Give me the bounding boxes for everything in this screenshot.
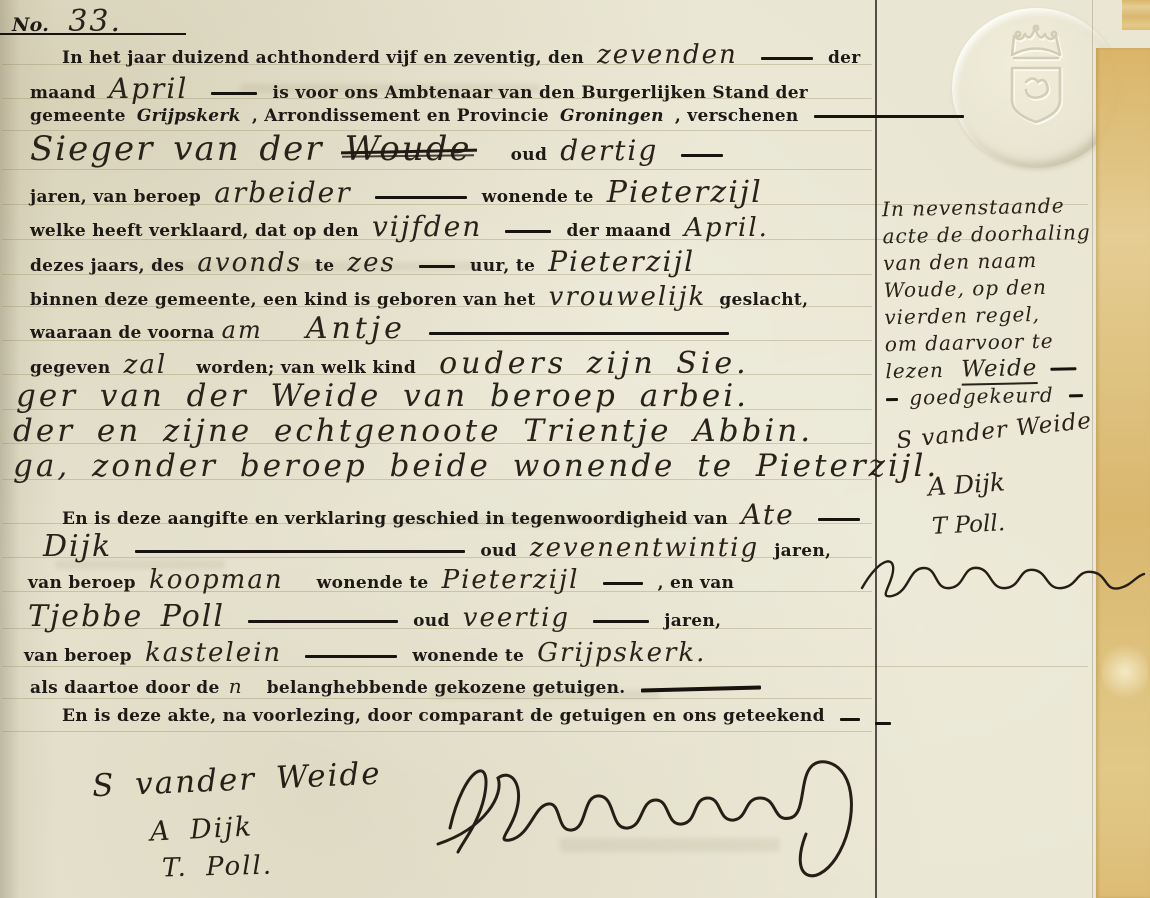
crown-lion-shield-icon <box>952 8 1120 168</box>
margin-annotation: In nevenstaande acte de doorhaling van d… <box>882 192 1098 412</box>
act-line-10: gegeven zal worden; van welk kind ouders… <box>30 348 758 380</box>
handwritten-parents-start: ouders zijn Sie. <box>439 346 750 381</box>
handwritten-witness1-firstname: Ate <box>741 498 795 531</box>
printed-text: worden; van welk kind <box>196 358 416 378</box>
handwritten-parents-residence: ga, zonder beroep beide wonende te Piete… <box>13 448 939 484</box>
act-line-17: Tjebbe Poll oud veertig jaren, <box>20 601 721 633</box>
filler-dash <box>135 550 465 554</box>
printed-text: oud <box>511 145 548 165</box>
printed-text: te <box>315 256 334 276</box>
printed-text: wonende te <box>482 187 594 207</box>
handwritten-name-struck: Woude <box>345 129 472 169</box>
filler-dash <box>429 332 729 336</box>
registrar-signature <box>428 728 888 893</box>
handwritten-declarant-name: Sieger van der <box>30 129 324 169</box>
printed-text: belanghebbende gekozene getuigen. <box>267 678 626 698</box>
filler-dash <box>211 92 257 95</box>
printed-text: binnen deze gemeente, een kind is gebore… <box>30 290 536 310</box>
margin-registrar-flourish-icon <box>856 546 1148 606</box>
printed-text: oud <box>480 541 517 561</box>
printed-text: der <box>828 48 861 68</box>
handwritten-residence: Pieterzijl <box>607 175 763 210</box>
act-line-11: ger van der Weide van beroep arbei. <box>8 380 757 413</box>
act-line-16: van beroep koopman wonende te Pieterzijl… <box>28 567 734 594</box>
repair-tape-corner <box>1122 0 1150 30</box>
printed-text: , verschenen <box>675 106 799 126</box>
handwritten-letter: n <box>229 674 244 698</box>
filler-dash <box>886 398 898 401</box>
page-edge-line <box>1092 0 1093 898</box>
handwritten-hour: zes <box>347 248 395 278</box>
printed-text: waaraan de voorna <box>30 323 215 343</box>
birth-certificate-scan: No. 33. In het jaar duizend achthonderd … <box>0 0 1150 898</box>
margin-signature-witness1: A Dijk <box>927 467 1006 501</box>
act-line-3: gemeente Grijpskerk , Arrondissement en … <box>30 108 974 126</box>
printed-text: wonende te <box>412 646 524 666</box>
act-line-5: jaren, van beroep arbeider wonende te Pi… <box>30 177 771 209</box>
printed-text: , Arrondissement en Provincie <box>252 106 549 126</box>
handwritten-parents-continued: ger van der Weide van beroep arbei. <box>16 378 749 414</box>
margin-approval: goedgekeurd <box>909 383 1054 410</box>
handwritten-witness1-surname: Dijk <box>43 529 112 564</box>
printed-province: Groningen <box>560 106 664 126</box>
handwritten-occupation: arbeider <box>214 176 351 209</box>
filler-dash <box>818 518 860 521</box>
handwritten-mother-name: der en zijne echtgenoote Trientje Abbin. <box>13 413 813 449</box>
filler-dash <box>641 685 761 692</box>
margin-signature-witness2: T Poll. <box>931 510 1005 540</box>
printed-text: dezes jaars, des <box>30 256 184 276</box>
embossed-seal <box>952 8 1120 168</box>
handwritten-witness2-residence: Grijpskerk. <box>537 638 706 668</box>
handwritten-witness2-occupation: kastelein <box>145 638 282 668</box>
registrar-signature-flourish-icon <box>428 728 888 893</box>
printed-text: gegeven <box>30 358 111 378</box>
printed-text: oud <box>413 611 450 631</box>
printed-text: jaren, <box>664 611 721 631</box>
handwritten-sex: vrouwelijk <box>549 282 707 312</box>
handwritten-daypart: avonds <box>197 248 302 278</box>
act-line-20: En is deze akte, na voorlezing, door com… <box>62 708 901 726</box>
handwritten-day: zevenden <box>597 40 738 70</box>
act-line-2: maand April is voor ons Ambtenaar van de… <box>30 74 808 103</box>
filler-dash <box>375 196 467 199</box>
act-number-underline <box>0 33 186 35</box>
act-line-8: binnen deze gemeente, een kind is gebore… <box>30 284 808 311</box>
handwritten-word-part: am <box>222 316 263 344</box>
signature-comparant: S vander Weide <box>91 756 382 805</box>
act-line-12: der en zijne echtgenoote Trientje Abbin. <box>5 415 821 448</box>
printed-text: jaren, van beroep <box>30 187 201 207</box>
printed-text: , en van <box>658 573 735 593</box>
act-line-1: In het jaar duizend achthonderd vijf en … <box>62 42 861 69</box>
handwritten-birth-day: vijfden <box>372 210 482 243</box>
printed-municipality: Grijpskerk <box>137 106 241 126</box>
handwritten-witness1-occupation: koopman <box>149 565 284 595</box>
tape-light-spot <box>1102 640 1148 704</box>
printed-text: als daartoe door de <box>30 678 220 698</box>
handwritten-age: dertig <box>560 134 658 167</box>
handwritten-word: zal <box>124 350 168 380</box>
printed-text: En is deze akte, na voorlezing, door com… <box>62 706 825 726</box>
filler-dash <box>875 722 891 725</box>
printed-text: uur, te <box>470 256 535 276</box>
filler-dash <box>814 115 964 119</box>
filler-dash <box>305 655 397 658</box>
margin-corrected-name: Weide <box>961 355 1038 386</box>
filler-dash <box>248 620 398 624</box>
printed-text: wonende te <box>317 573 429 593</box>
filler-dash <box>505 230 551 233</box>
margin-signature-comparant: S vander Weide <box>895 408 1093 454</box>
act-line-19: als daartoe door de n belanghebbende gek… <box>30 676 771 698</box>
handwritten-witness1-residence: Pieterzijl <box>442 565 580 595</box>
printed-text: jaren, <box>774 541 831 561</box>
printed-text: In het jaar duizend achthonderd vijf en … <box>62 48 584 68</box>
handwritten-witness2-age: veertig <box>463 603 570 633</box>
margin-note-line: acte de doorhaling <box>882 219 1095 250</box>
act-line-7: dezes jaars, des avonds te zes uur, te P… <box>30 247 703 277</box>
printed-text: van beroep <box>24 646 132 666</box>
handwritten-birth-month: April. <box>684 213 769 243</box>
filler-dash <box>603 582 643 585</box>
filler-dash <box>761 57 813 60</box>
act-line-9: waaraan de voorna am Antje <box>30 313 739 345</box>
act-line-6: welke heeft verklaard, dat op den vijfde… <box>30 212 777 242</box>
handwritten-month: April <box>109 72 188 105</box>
act-line-4: Sieger van der Woude oud dertig <box>22 132 733 168</box>
handwritten-witness2-name: Tjebbe Poll <box>28 599 225 634</box>
handwritten-birthplace: Pieterzijl <box>548 245 695 278</box>
margin-note-word: lezen <box>885 358 944 383</box>
printed-text: maand <box>30 83 96 103</box>
filler-dash <box>593 620 649 623</box>
filler-dash <box>681 154 723 157</box>
repair-tape-strip <box>1096 48 1150 898</box>
act-line-13: ga, zonder beroep beide wonende te Piete… <box>5 450 947 483</box>
handwritten-witness1-age: zevenentwintig <box>530 533 759 563</box>
printed-text: is voor ons Ambtenaar van den Burgerlijk… <box>273 83 809 103</box>
ruled-line <box>2 169 872 170</box>
filler-dash <box>840 718 860 721</box>
act-line-14: En is deze aangifte en verklaring geschi… <box>62 500 870 529</box>
margin-note-line: goedgekeurd <box>886 381 1099 412</box>
act-line-18: van beroep kastelein wonende te Grijpske… <box>24 640 714 667</box>
signature-witness2: T. Poll. <box>162 851 274 884</box>
act-line-15: Dijk oud zevenentwintig jaren, <box>35 531 831 563</box>
printed-text: geslacht, <box>719 290 808 310</box>
filler-dash <box>419 265 455 268</box>
printed-text: En is deze aangifte en verklaring geschi… <box>62 509 728 529</box>
printed-text: van beroep <box>28 573 136 593</box>
printed-text: gemeente <box>30 106 126 126</box>
printed-text: welke heeft verklaard, dat op den <box>30 221 359 241</box>
signature-witness1: A Dijk <box>149 811 254 847</box>
margin-registrar-signature <box>856 546 1148 606</box>
filler-dash <box>1051 367 1077 370</box>
printed-text: der maand <box>567 221 672 241</box>
handwritten-child-name: Antje <box>306 311 406 346</box>
filler-dash <box>1069 394 1083 397</box>
